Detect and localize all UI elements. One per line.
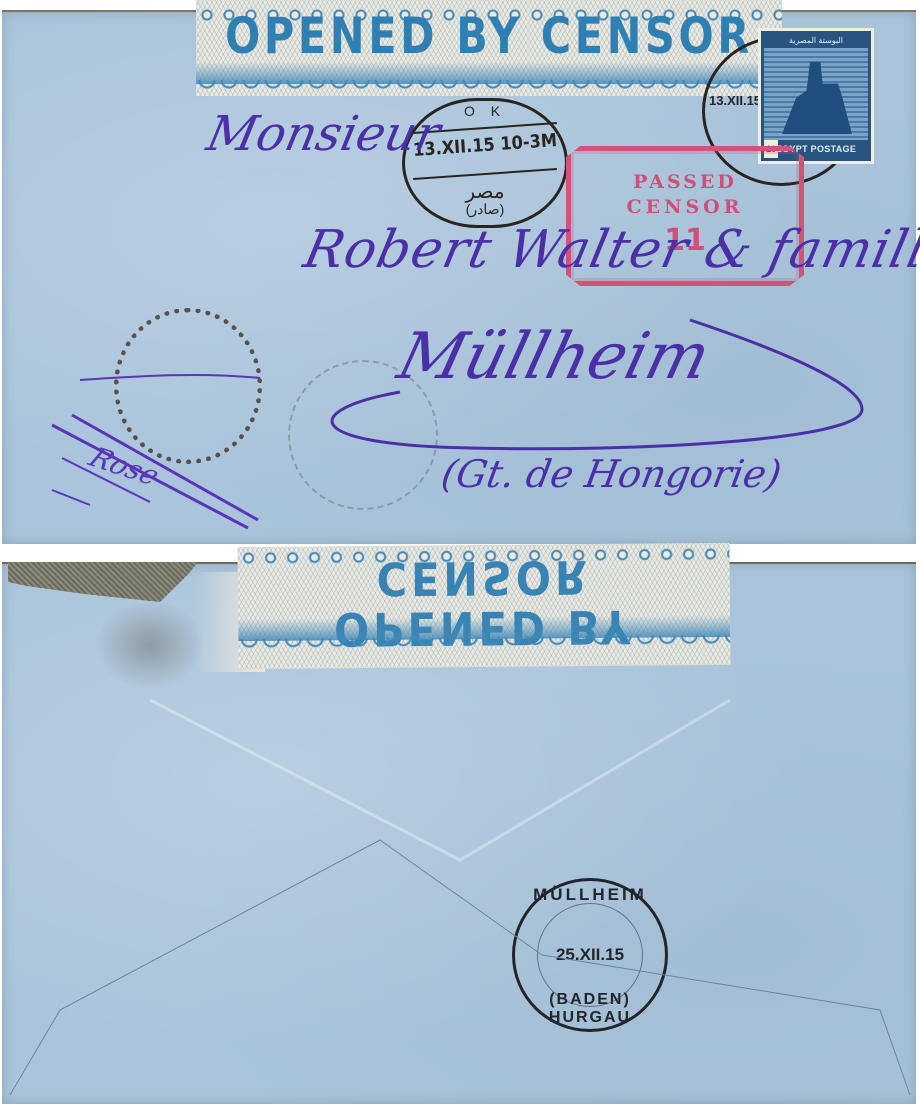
address-city: Müllheim	[391, 320, 717, 394]
mullheim-arrival-postmark: MÜLLHEIM 25.XII.15 (BADEN) HURGAU	[512, 878, 668, 1032]
pyramid-icon	[782, 62, 852, 134]
stamp-arabic-header: البوستة المصرية	[764, 34, 868, 48]
postmark-date: 25.XII.15	[515, 945, 665, 965]
address-recipient: Robert Walter & famille	[299, 220, 920, 280]
address-region: (Gt. de Hongorie)	[438, 452, 785, 496]
postmark-top-text: MÜLLHEIM	[515, 885, 665, 905]
faded-postmark	[114, 308, 262, 464]
stain	[95, 600, 205, 690]
address-salutation: Monsieur	[202, 106, 445, 162]
lace-border-bottom	[196, 80, 782, 94]
stamp-frame: البوستة المصرية EGYPT POSTAGE 10	[761, 31, 871, 161]
postmark-bottom-text: (BADEN) HURGAU	[515, 991, 665, 1027]
postage-stamp: البوستة المصرية EGYPT POSTAGE 10	[758, 28, 874, 164]
censor-line-1: PASSED	[571, 171, 799, 193]
censor-tape-front: OPENED BY CENSOR	[196, 0, 782, 96]
censor-tape-back: OPENED BY CENSOR	[237, 543, 730, 669]
postmark-sub-arabic: (صادر)	[405, 201, 565, 218]
censor-line-2: CENSOR	[571, 193, 799, 221]
censor-tape-text: OPENED BY CENSOR	[219, 8, 758, 64]
